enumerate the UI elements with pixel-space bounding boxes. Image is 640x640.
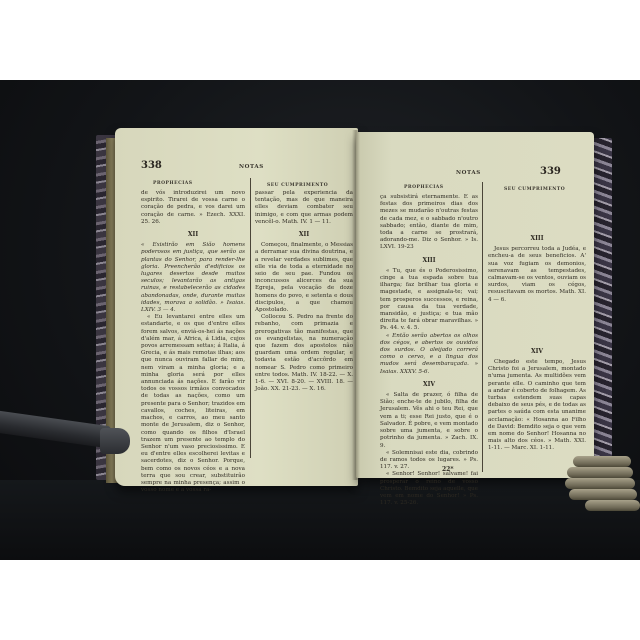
paragraph: « Existirão em Sião homens poderosos em … <box>141 242 245 314</box>
column-header-fulfillment: SEU CUMPRIMENTO <box>504 187 565 192</box>
prophecies-column: ça subsistirá eternamente. E as festas d… <box>380 194 478 507</box>
paragraph: « Eu levantarei entre elles um estandart… <box>141 314 245 494</box>
column-divider <box>250 178 251 458</box>
palm <box>585 500 640 511</box>
book-photograph: 338 NOTAS PROPHECIAS SEU CUMPRIMENTO de … <box>0 80 640 560</box>
paragraph: Jesus percorreu toda a Judéa, e encheu-a… <box>488 246 586 304</box>
paragraph: ça subsistirá eternamente. E as festas d… <box>380 194 478 252</box>
paragraph: Collocou S. Pedro na frente do rebanho, … <box>255 314 353 393</box>
paragraph: « Então serão abertos os olhos dos cégos… <box>380 333 478 376</box>
paragraph: « Solemnisai este dia, cobrindo de ramos… <box>380 450 478 472</box>
page-number: 338 <box>141 160 162 171</box>
prophecies-column: de vós introduzirei um novo espirito. Ti… <box>141 190 245 494</box>
book-gutter <box>352 130 360 480</box>
section-heading: XII <box>141 231 245 238</box>
column-header-fulfillment: SEU CUMPRIMENTO <box>267 183 328 188</box>
paragraph: « Senhor! Senhor! salvame! fai prosperar… <box>380 471 478 507</box>
fulfillment-column: XIII Jesus percorreu toda a Judéa, e enc… <box>488 230 586 453</box>
paragraph: Chegado este tempo, Jesus Christo foi a … <box>488 359 586 453</box>
clip-arm <box>0 410 111 448</box>
signature-mark: 22* <box>442 466 454 473</box>
clip-tip <box>100 428 130 454</box>
finger <box>567 467 633 478</box>
section-heading: XIV <box>380 381 478 388</box>
paragraph: « Tu, que és o Poderosissimo, cinge a tu… <box>380 268 478 333</box>
paragraph: de vós introduzirei um novo espirito. Ti… <box>141 190 245 226</box>
running-head: NOTAS <box>239 164 264 170</box>
section-heading: XIII <box>380 257 478 264</box>
section-heading: XII <box>255 231 353 238</box>
left-page: 338 NOTAS PROPHECIAS SEU CUMPRIMENTO de … <box>115 128 358 486</box>
page-number: 339 <box>540 166 561 177</box>
column-divider <box>482 182 483 472</box>
section-heading: XIII <box>488 235 586 242</box>
metal-page-clip <box>0 410 130 450</box>
running-head: NOTAS <box>456 170 481 176</box>
paragraph: « Salta de prazer, ó filha de Sião; ench… <box>380 392 478 450</box>
column-header-prophecies: PROPHECIAS <box>404 185 444 190</box>
right-page: NOTAS 339 PROPHECIAS SEU CUMPRIMENTO ça … <box>356 132 594 478</box>
paragraph: Começou, finalmente, o Messias a derrama… <box>255 242 353 314</box>
finger <box>565 478 635 489</box>
section-heading: XIV <box>488 348 586 355</box>
fulfillment-column: passar pela experiencia da tentação, mas… <box>255 190 353 393</box>
brass-hand-weight <box>565 454 640 514</box>
paragraph: passar pela experiencia da tentação, mas… <box>255 190 353 226</box>
finger <box>569 489 637 500</box>
column-header-prophecies: PROPHECIAS <box>153 181 193 186</box>
finger <box>573 456 631 467</box>
table-surface <box>0 480 640 560</box>
